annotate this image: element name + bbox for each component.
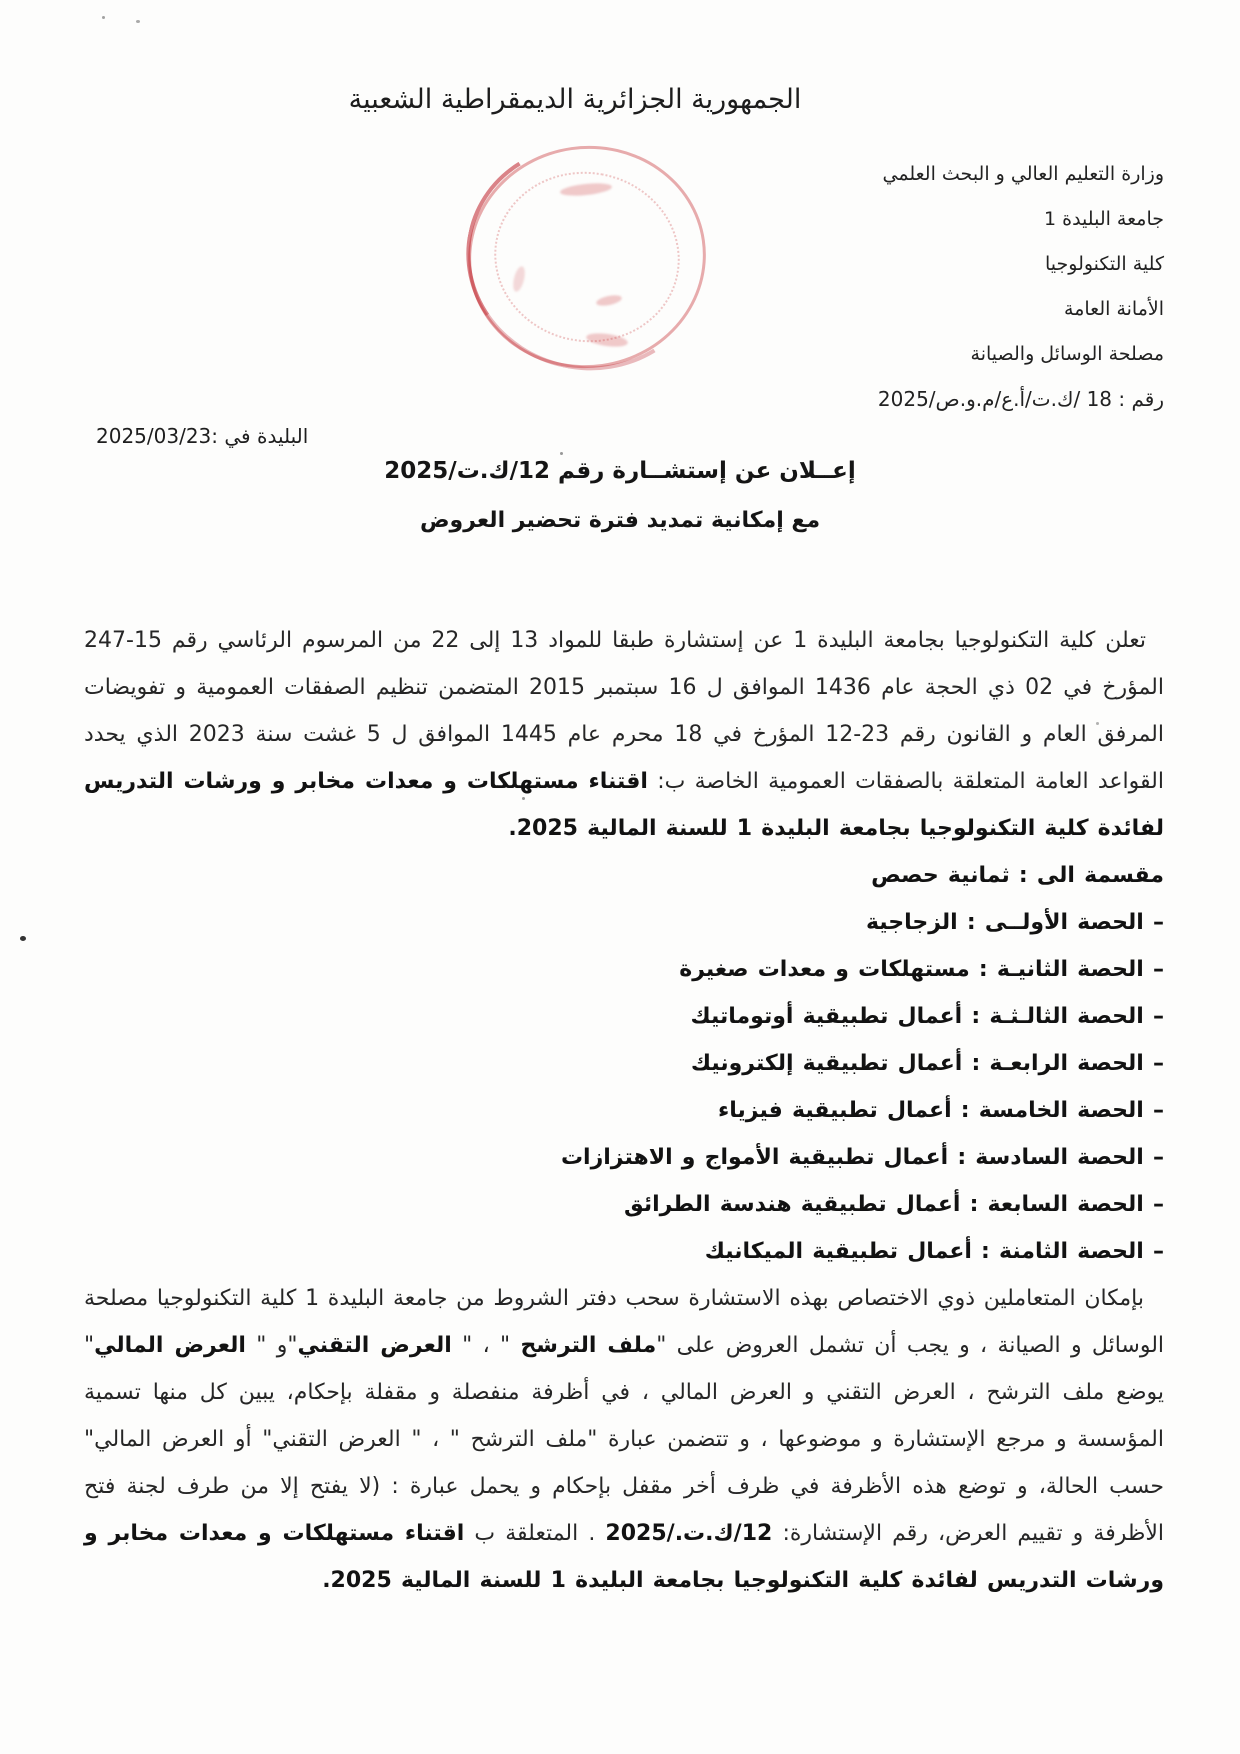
closing-paragraph: بإمكان المتعاملين ذوي الاختصاص بهذه الاس…	[84, 1275, 1164, 1604]
lot-item: – الحصة الثانيـة : مستهلكات و معدات صغير…	[84, 946, 1164, 993]
republic-title: الجمهورية الجزائرية الديمقراطية الشعبية	[0, 84, 1150, 115]
lots-heading: مقسمة الى : ثمانية حصص	[84, 852, 1164, 899]
ministry-line: وزارة التعليم العالي و البحث العلمي	[878, 152, 1164, 197]
scan-speck	[136, 20, 140, 23]
official-stamp	[468, 146, 706, 368]
closing-segment: "و "	[246, 1333, 298, 1358]
stamp-ink-smudge	[560, 181, 613, 197]
announcement-subtitle: مع إمكانية تمديد فترة تحضير العروض	[0, 508, 1240, 533]
body-text: تعلن كلية التكنولوجيا بجامعة البليدة 1 ع…	[84, 617, 1164, 1604]
reference-number-line: رقم : 18 /ك.ت/أ.ع/م.و.ص/2025	[878, 377, 1164, 422]
lot-item: – الحصة الثالـثـة : أعمال تطبيقية أوتوما…	[84, 993, 1164, 1040]
closing-segment: . المتعلقة ب	[464, 1521, 605, 1546]
letterhead: وزارة التعليم العالي و البحث العلمي جامع…	[878, 152, 1164, 422]
lot-item: – الحصة السادسة : أعمال تطبيقية الأمواج …	[84, 1134, 1164, 1181]
lot-item: – الحصة السابعة : أعمال تطبيقية هندسة ال…	[84, 1181, 1164, 1228]
lot-item: – الحصة الرابعـة : أعمال تطبيقية إلكترون…	[84, 1040, 1164, 1087]
stamp-ink-smudge	[511, 265, 527, 293]
closing-segment: 12/ك.ت./2025	[605, 1521, 772, 1546]
stamp-ink-smudge	[585, 331, 628, 349]
scanned-page: الجمهورية الجزائرية الديمقراطية الشعبية …	[0, 0, 1240, 1754]
announcement-title: إعــلان عن إستشــارة رقم 12/ك.ت/2025	[0, 458, 1240, 484]
stamp-ink-smudge	[595, 293, 622, 307]
lot-item: – الحصة الخامسة : أعمال تطبيقية فيزياء	[84, 1087, 1164, 1134]
faculty-line: كلية التكنولوجيا	[878, 242, 1164, 287]
scan-speck	[102, 16, 105, 19]
service-line: مصلحة الوسائل والصيانة	[878, 332, 1164, 377]
closing-segment: ملف الترشح	[520, 1333, 656, 1358]
university-line: جامعة البليدة 1	[878, 197, 1164, 242]
date-line: البليدة في :2025/03/23	[96, 424, 308, 448]
scan-speck	[20, 936, 26, 941]
stamp-inner-ring	[481, 157, 694, 357]
intro-paragraph: تعلن كلية التكنولوجيا بجامعة البليدة 1 ع…	[84, 617, 1164, 852]
closing-segment: " يوضع ملف الترشح ، العرض التقني و العرض…	[84, 1333, 1164, 1546]
stamp-arc	[445, 121, 729, 392]
closing-segment: العرض التقني	[297, 1333, 451, 1358]
scan-speck	[560, 452, 563, 455]
closing-segment: " ، "	[452, 1333, 521, 1358]
lots-list: – الحصة الأولــى : الزجاجية – الحصة الثا…	[84, 899, 1164, 1275]
closing-segment: العرض المالي	[94, 1333, 246, 1358]
lot-item: – الحصة الثامنة : أعمال تطبيقية الميكاني…	[84, 1228, 1164, 1275]
secretariat-line: الأمانة العامة	[878, 287, 1164, 332]
lot-item: – الحصة الأولــى : الزجاجية	[84, 899, 1164, 946]
stamp-outer-ring	[454, 131, 721, 384]
